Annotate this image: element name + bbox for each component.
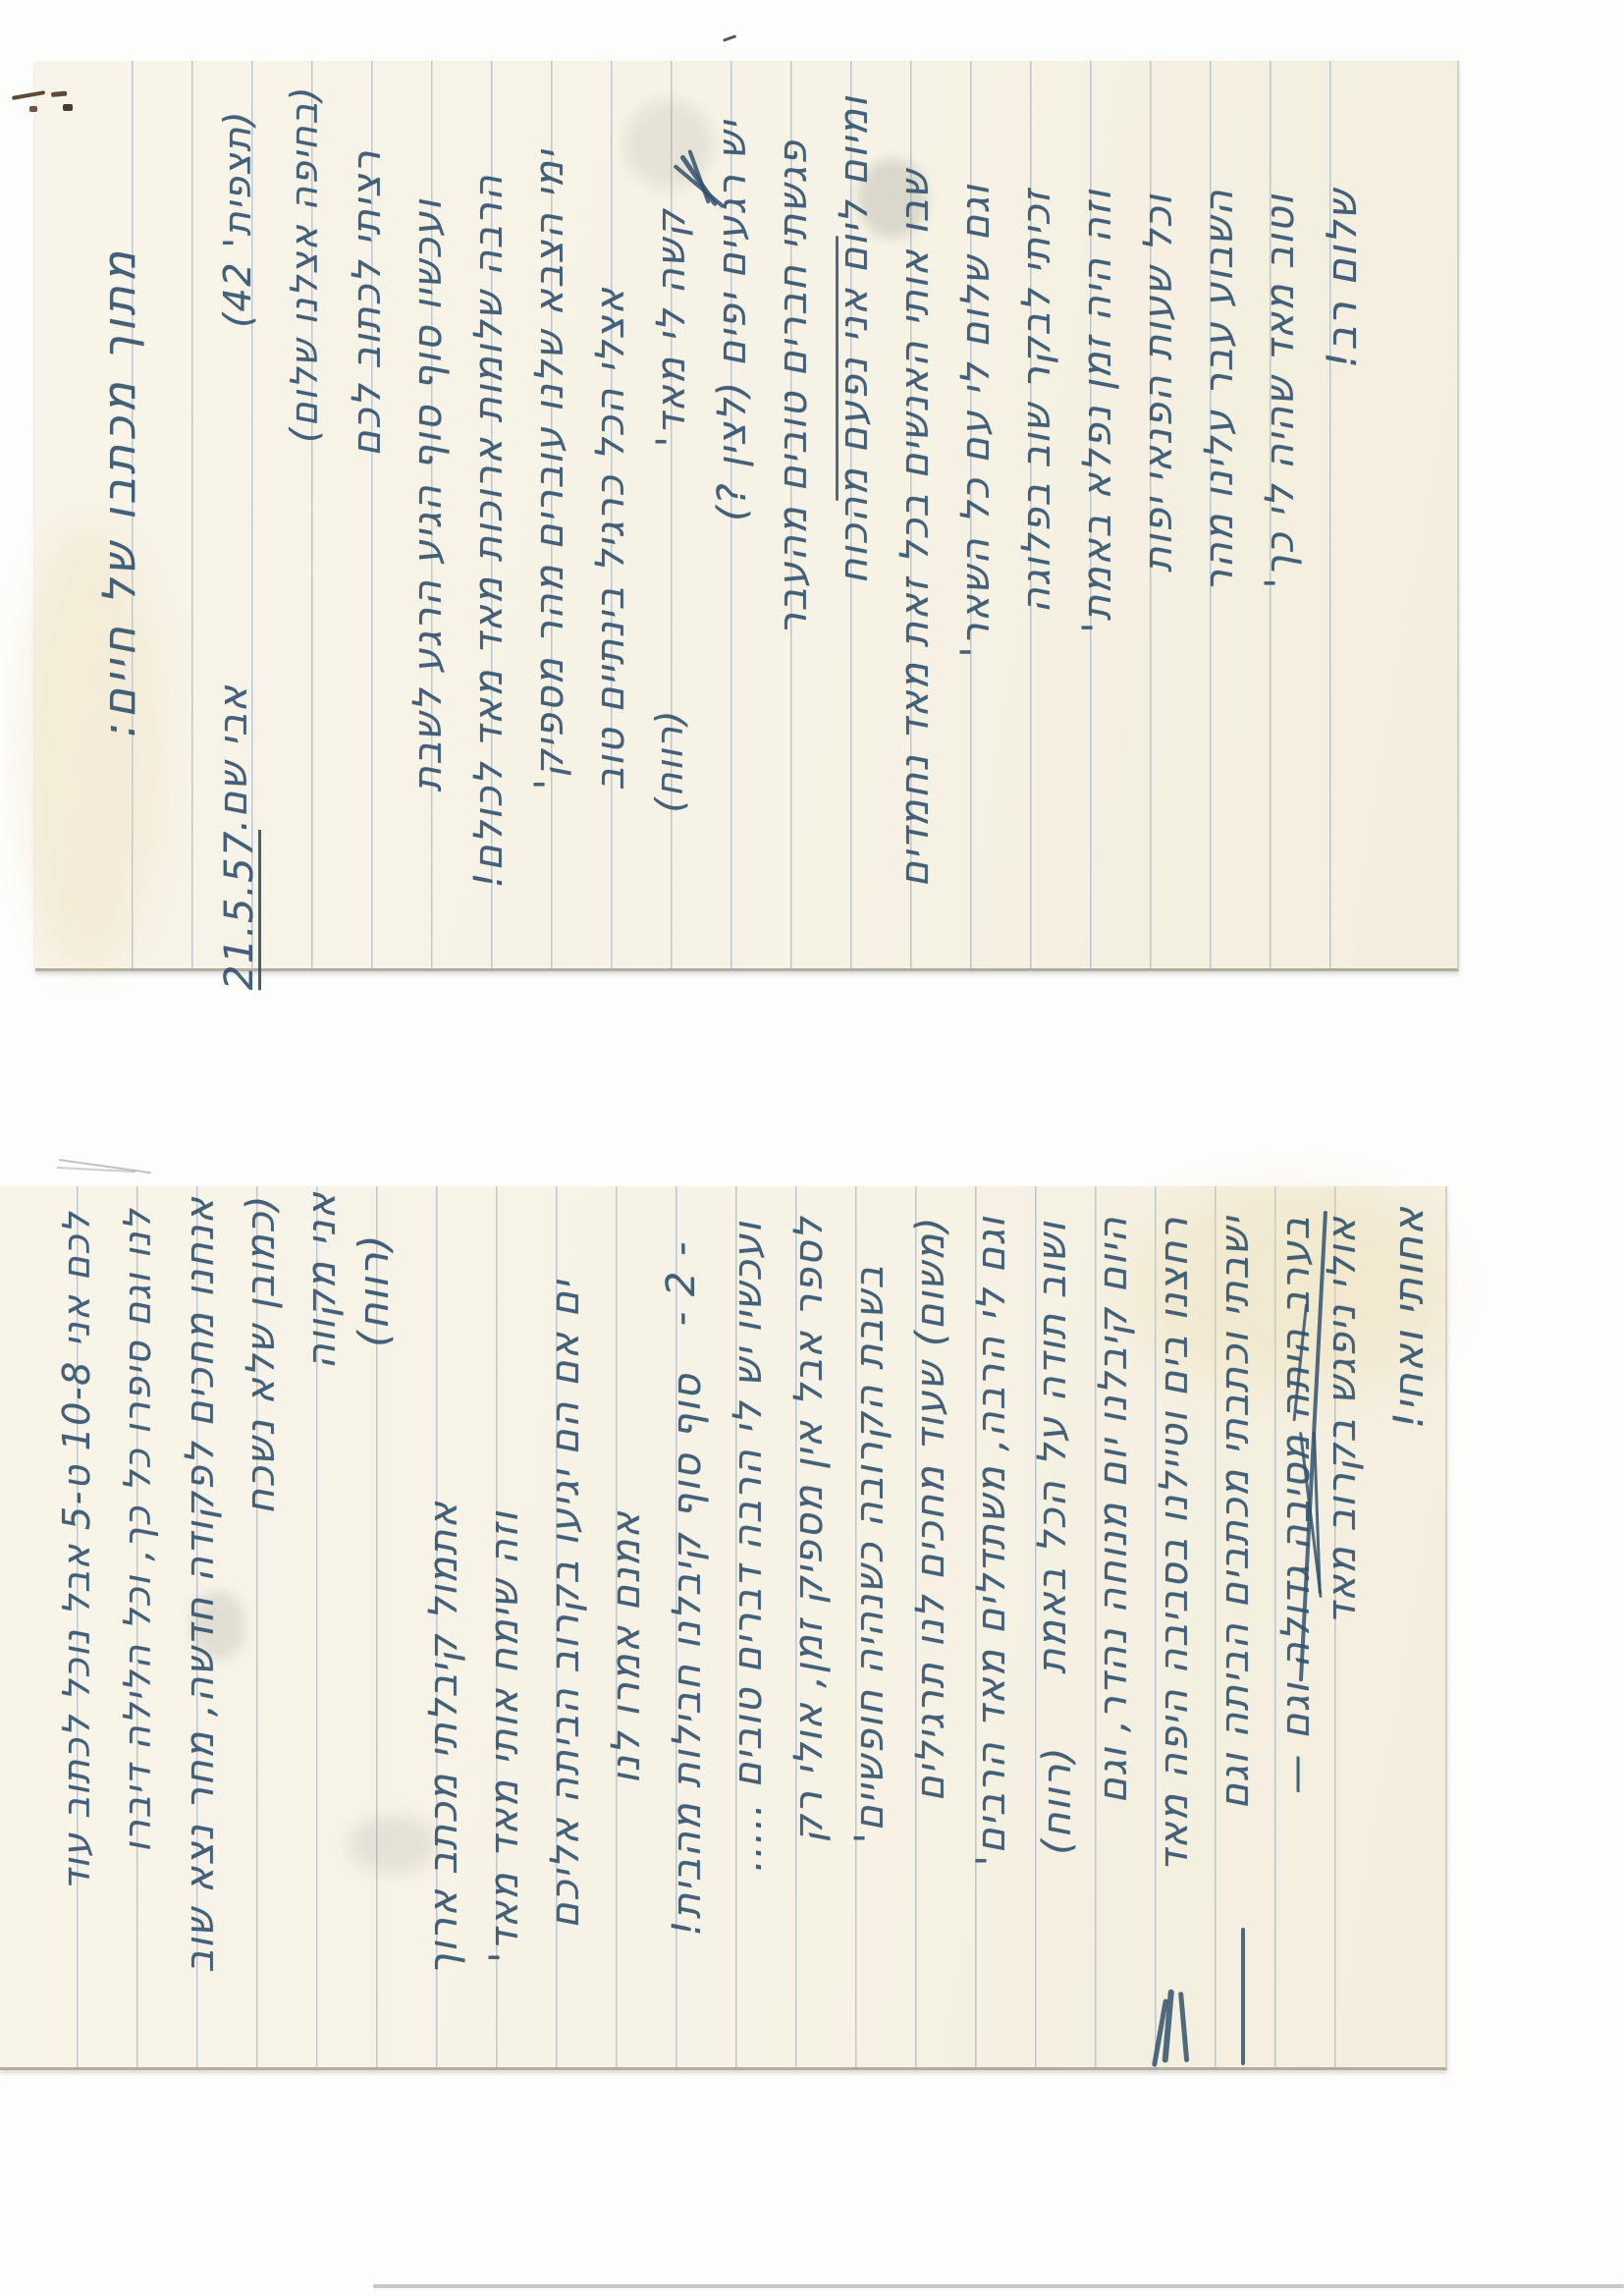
handwritten-line: ימי הצבא שלנו עוברים מהר מספיק' <box>528 149 571 910</box>
handwritten-line: (משום) שעוד מחכים לנו תרגילים <box>909 1216 952 2060</box>
letter-title: מתוך מכתבו של חיים: <box>94 247 144 778</box>
paragraph-break-note: (רווח) <box>352 1233 397 1422</box>
handwritten-line: אמנם אמרו לנו <box>605 1510 648 1874</box>
handwritten-line: הרבה שלומות ארוכות מאד מאד לכולם! <box>467 174 511 1004</box>
ink-stroke <box>1242 1928 1246 2065</box>
ink-stroke <box>59 1159 151 1174</box>
handwritten-line: בערב היתה מסיבה גדולה וגם — <box>1274 1216 1318 1923</box>
scanned-page-1: מתוך מכתבו של חיים:(תצפית' 42)אבי שם.21.… <box>35 61 1459 971</box>
handwritten-line: וגם שלום לי עם כל השאר' <box>954 184 998 734</box>
handwritten-line: וזה שימח אותי מאד מאד' <box>483 1510 526 2046</box>
handwritten-line: לנו וגם סיפרו כל כך, וכל הלילה דיברו <box>118 1208 159 2052</box>
scan-speck <box>63 104 73 111</box>
handwritten-line: השבוע עבר עלינו מהר <box>1198 189 1241 684</box>
opening-greeting: אחותי ואחי! <box>1386 1206 1432 1461</box>
handwritten-line: וטוב מאד שהיה לי כך' <box>1259 193 1302 689</box>
scan-speck <box>373 2284 1624 2288</box>
handwritten-line: ומיום ליום אני נפעם מהכוח <box>833 95 876 689</box>
date: 21.5.57 <box>218 830 261 972</box>
handwritten-line: קשה לי מאד' <box>650 208 693 473</box>
observation-note: (תצפית' 42) <box>218 110 259 326</box>
handwritten-line: ועכשיו סוף סוף הגיע הרגע לשבת <box>406 198 450 935</box>
scan-speck <box>723 34 736 42</box>
signature-name: אבי שם. <box>212 684 255 783</box>
handwritten-line: לספר אבל אין מספיק זמן, אולי רק <box>787 1216 831 2060</box>
scanned-page-2: לכם אני 10-8 ט-5 אבל נוכל לכתוב עודלנו ו… <box>0 1186 1447 2070</box>
handwritten-line: רציתי לכתוב לכם <box>346 149 389 552</box>
handwritten-line: אנחנו מחכים לפקודה חדשה, מחר נצא שוב <box>179 1196 222 2055</box>
handwritten-line: וזה היה זמן נפלא באמת' <box>1076 189 1119 680</box>
handwritten-line: בשבת הקרובה כשנהיה חופשיים' <box>848 1265 892 2060</box>
paragraph-break-note: (רווח) <box>650 709 691 817</box>
handwritten-line: שבו אותי האנשים בכל זאת מאד נחמדים <box>893 169 937 974</box>
scanner-background: { "document": { "kind": "scanned handwri… <box>0 0 1624 2296</box>
crossed-out-line: אולי ניפגש בקרוב מאד <box>1321 1216 1364 1677</box>
handwritten-line: אצלי הכל כרגיל בינתיים טוב <box>589 287 632 930</box>
handwritten-line: אתמול קיבלתי מכתב ארוך <box>422 1501 465 2050</box>
handwritten-line: לכם אני 10-8 ט-5 אבל נוכל לכתוב עוד <box>57 1211 98 2050</box>
handwritten-line: היום קיבלנו יום מנוחה נהדר, וגם <box>1092 1216 1135 2060</box>
ink-stroke <box>836 236 839 501</box>
handwritten-line: יש רגעים יפים (לצין ?) <box>711 120 754 689</box>
handwritten-line: ים אם הם יגיעו בקרוב הביתה אליכם <box>544 1280 587 2055</box>
handwritten-line: רחצנו בים וטיילנו בסביבה היפה מאד <box>1153 1216 1196 2060</box>
handwritten-line: פגשתי חברים טובים מהעבר <box>772 139 815 699</box>
handwritten-line: ישבתי וכתבתי מכתבים הביתה וגם <box>1214 1216 1257 2060</box>
handwritten-line: ועכשיו יש לי הרבה דברים טובים ..... <box>727 1221 770 2060</box>
handwritten-line: אני מקווה <box>300 1191 344 1427</box>
handwritten-line: סוף סוף קיבלנו חבילות מהבית! <box>666 1373 709 2050</box>
handwritten-line: וגם לי הרבה, משתדלים מאד הרבים' <box>970 1216 1013 2060</box>
handwritten-line: וכל שעות הפנאי יפות <box>1137 193 1180 675</box>
handwritten-line: (בחיפה אצלנו שלום) <box>285 85 326 464</box>
scan-speck <box>29 106 37 112</box>
page-number: - 2 - <box>660 1240 703 1324</box>
handwritten-line: זכיתי לבקר שוב בפלוגה <box>1015 189 1058 684</box>
handwritten-line: ושוב תודה על הכל באמת <box>1031 1221 1074 1692</box>
closing-greeting: שלום רב! <box>1320 189 1365 424</box>
handwritten-line: (כמובן שלא נשכח <box>240 1194 283 1538</box>
paragraph-break-note: (רווח) <box>1036 1746 1079 1888</box>
